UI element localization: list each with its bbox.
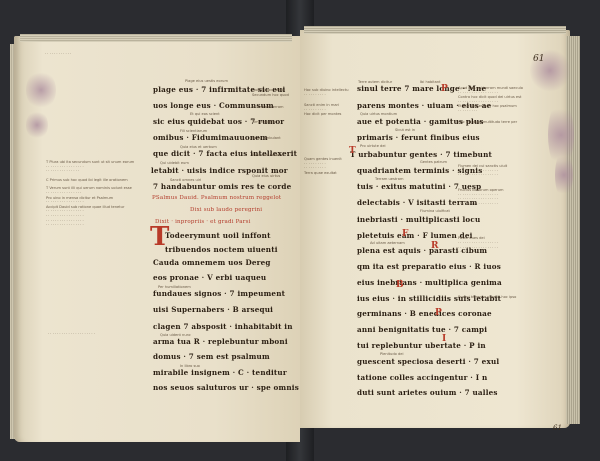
red-initial: R xyxy=(431,241,438,251)
main-text-line: germinans · B enedices coronae xyxy=(357,309,492,318)
main-text-line: mirabile insignem · C · tenditur xyxy=(153,368,287,377)
main-text-line: uisi Supernabers · B arsequi xyxy=(153,305,273,314)
margin-gloss: Terra quae exultat xyxy=(304,171,354,176)
main-text-line: clagen 7 absposit · inhabitabit in xyxy=(153,322,293,331)
interlinear-gloss: Per humiliationem xyxy=(158,285,191,289)
red-initial: I xyxy=(442,334,446,344)
left-page-top-edges xyxy=(20,34,292,42)
red-initial: P xyxy=(441,84,448,94)
margin-gloss: · · · · · · · · · · xyxy=(304,93,354,98)
margin-gloss: Hoc est quod multitudo terre per xyxy=(458,120,558,125)
interlinear-gloss: Qui uidebit eum xyxy=(160,161,189,165)
interlinear-gloss: Terram uestram xyxy=(375,177,403,181)
margin-gloss: Secundum hoc quod xyxy=(252,93,296,98)
interlinear-gloss: Fili scientiarum xyxy=(180,129,207,133)
main-text-line: nos seuos saluturos ur · spe omnis xyxy=(153,383,299,392)
margin-gloss: · · · · · · · · · · · · · · · · · · xyxy=(458,202,558,207)
main-text-line: duti sunt arietes ouium · 7 ualles xyxy=(357,388,498,397)
main-text-line: tatione colles accingentur · I n xyxy=(357,373,487,382)
folio-number-top: 61 xyxy=(533,54,544,64)
margin-gloss: Timor domini xyxy=(252,120,296,125)
left-page-right-margin-glosses: Quia in hoc uerbo Secundum hoc quod In o… xyxy=(252,88,296,178)
margin-gloss-lower: · · · · · · · · · · · · · · · · · · · · … xyxy=(48,332,95,336)
interlinear-gloss: Flumina uiuificat xyxy=(420,209,450,213)
interlinear-gloss: Pro uirtute dei xyxy=(360,144,386,148)
folio-number-bottom: 61 xyxy=(553,424,562,432)
margin-gloss: · · · · · · · · · xyxy=(458,109,558,114)
main-text-line: tribuendos noctem uiuenti xyxy=(165,245,278,254)
interlinear-gloss: Gentes patrum xyxy=(420,160,447,164)
red-initial: P xyxy=(435,308,442,318)
main-text-line: Todeerymunt uoil inffont xyxy=(165,231,271,240)
main-text-line: eos pronae · V erbi uaqueu xyxy=(153,273,266,282)
left-page-left-margin-glosses: T Plura ubi ita secundum sunt ut sit unu… xyxy=(46,160,146,228)
margin-gloss: · · · · · · · · · xyxy=(458,250,558,255)
interlinear-gloss: Sicut est in xyxy=(395,128,415,132)
rubric-line: Dixi sub laudo peregrini xyxy=(190,207,262,213)
margin-gloss: Hi qui ambulant xyxy=(252,136,296,141)
rubric-line: PSalmus Dauid. Psalmum nostrum reggelot xyxy=(152,195,281,201)
margin-gloss: · · · · · · · · · · · · · · · · · · xyxy=(458,173,558,178)
main-text-line: omibus · Fidumimauuonem xyxy=(153,133,268,142)
main-text-line: 7 handabuntur omis res te corde xyxy=(153,182,291,191)
interlinear-gloss: Et qui eos scient xyxy=(190,112,220,116)
margin-gloss: · · · · · · · · · · · · · · · · · xyxy=(46,223,146,228)
main-text-line: anni benignitatis tue · 7 campi xyxy=(357,325,487,334)
margin-gloss: Quia eius uirtus xyxy=(252,174,296,179)
main-text-line: guescent speciosa deserti · 7 exul xyxy=(357,357,499,366)
main-text-line: arma tua R · replebuntur mboni xyxy=(153,337,288,346)
stain xyxy=(26,70,56,110)
margin-gloss: · · · · · · · · · · · · · · · xyxy=(46,169,146,174)
interlinear-gloss: Ad uitam aeternam xyxy=(370,241,405,245)
header-note: · · · · · · · · · · · · xyxy=(45,52,71,56)
right-page-top-edges xyxy=(304,26,566,34)
main-text-line: domus · 7 sem est psalmum xyxy=(153,352,270,361)
main-text-line: pletetuis eam · F lumen dei xyxy=(357,231,473,240)
interlinear-gloss: Plage eius uestis eorum xyxy=(185,79,228,83)
main-text-line: tui replebuntur ubertate · P in xyxy=(357,341,486,350)
interlinear-gloss: Sancti omnes uiri xyxy=(170,178,201,182)
main-text-line: Cauda omnemem uos Dereg xyxy=(153,258,271,267)
right-page-right-margin-glosses: Apud illos qui terram mundi saeculo · · … xyxy=(458,86,558,299)
margin-gloss: Psalmum nostrum xyxy=(252,153,296,158)
red-initial: B xyxy=(396,280,404,290)
interlinear-gloss: Quia uirtus montium xyxy=(360,112,397,116)
margin-gloss: C Primus sub hoc quod ibi legit ille ora… xyxy=(46,178,146,183)
interlinear-gloss: Ibi habitant xyxy=(420,80,441,84)
margin-gloss: Psalmi terrenae suae in hoc ipso xyxy=(458,295,558,300)
right-page-left-margin-glosses: Hoc sub diuino intellectu · · · · · · · … xyxy=(304,88,354,175)
right-page-edges xyxy=(566,36,580,424)
interlinear-gloss: Plenitudo dei xyxy=(380,352,403,356)
interlinear-gloss: Quia eius et uerbum xyxy=(180,145,217,149)
stain xyxy=(26,110,48,140)
interlinear-gloss: In libro suo xyxy=(180,364,200,368)
interlinear-gloss: Terre autem dicitur xyxy=(358,80,392,84)
margin-gloss: In omnem terram xyxy=(252,105,296,110)
interlinear-gloss: Quia uident nunc xyxy=(160,333,191,337)
margin-gloss: Hoc dicit per montes xyxy=(304,112,354,117)
main-text-line: fundaues signos · 7 impeument xyxy=(153,289,285,298)
red-initial: F xyxy=(402,229,408,239)
